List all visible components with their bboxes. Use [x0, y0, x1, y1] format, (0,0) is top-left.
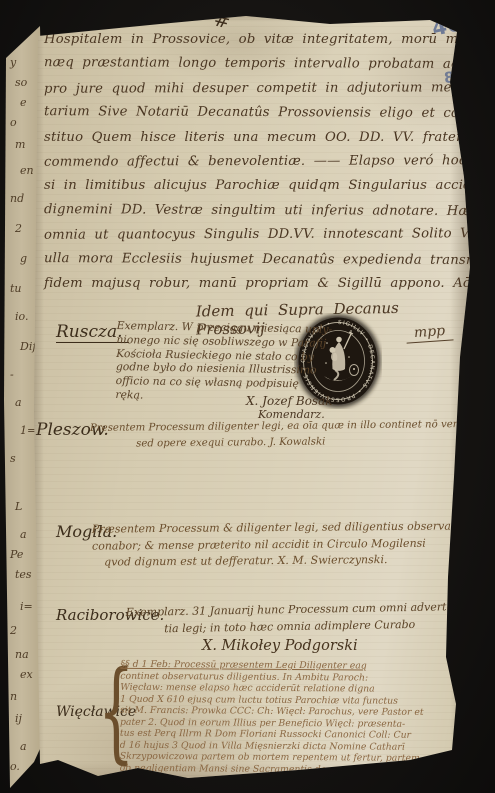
- cutoff-text-fragment: so: [15, 76, 27, 89]
- cutoff-text-fragment: L: [15, 500, 22, 513]
- cutoff-text-fragment: na: [15, 648, 29, 661]
- cutoff-text-fragment: e: [20, 96, 27, 109]
- text-line: omnia ut quantocyus Singulis DD.VV. inno…: [44, 223, 462, 249]
- cutoff-text-fragment: 1=: [20, 424, 36, 437]
- cutoff-text-fragment: s: [10, 452, 16, 465]
- manu-propria-mark: mpp: [405, 322, 453, 343]
- cutoff-text-fragment: io.: [15, 310, 28, 323]
- signature-bosak: X. Jozef Bosak: [246, 394, 333, 408]
- main-paragraph: Hospitalem in Prossovice, ob vitæ integr…: [44, 28, 462, 296]
- photo-backdrop: ysoeomennd2gtuio.Dif-a1=sLaPetesi=2naexn…: [0, 0, 495, 793]
- text-line: ob negligentiam Mansi sine Sacramentis d…: [120, 762, 472, 776]
- cutoff-text-fragment: n: [10, 690, 17, 703]
- text-line: pro jure quod mihi desuper competit in a…: [44, 76, 462, 102]
- text-line: tarium Sive Notariū Decanatûs Prossovien…: [44, 100, 462, 126]
- cutoff-text-fragment: ij: [15, 712, 22, 725]
- cutoff-text-fragment: o.: [10, 760, 20, 773]
- cutoff-text-fragment: a: [20, 740, 27, 753]
- text-line: ulla mora Ecclesiis hujusmet Decanatûs e…: [44, 247, 462, 273]
- cutoff-text-fragment: a: [20, 528, 27, 541]
- manuscript-page: # 46 81 Hospitalem in Prossovice, ob vit…: [30, 12, 476, 787]
- text-line: næq præstantiam longo temporis intervall…: [44, 51, 462, 77]
- text-line: fidem majusq robur, manū propriam & Sigi…: [44, 272, 462, 296]
- cutoff-text-fragment: 2: [15, 222, 22, 235]
- cutoff-text-fragment: 2: [10, 624, 17, 637]
- section-text-wieclawice: §§ d 1 Feb: Processū præsentem Legi Dili…: [120, 659, 473, 776]
- cutoff-text-fragment: m: [15, 138, 25, 151]
- section-text-ruscza: Exemplarz. W przeciągu miesiąca upły-nio…: [115, 319, 341, 406]
- cutoff-text-fragment: g: [20, 252, 27, 265]
- text-line: commendo affectui & benevolentiæ. —— Ela…: [44, 149, 462, 175]
- text-line: qvod dignum est ut defferatur. X. M. Swi…: [92, 551, 468, 571]
- section-text-raciborowice: Exemplarz. 31 Januarij hunc Processum cu…: [126, 599, 463, 638]
- cutoff-text-fragment: Pe: [10, 548, 23, 561]
- text-line: stituo Quem hisce literis una mecum OO. …: [44, 126, 462, 150]
- cutoff-text-fragment: tu: [10, 282, 22, 295]
- cutoff-text-fragment: y: [10, 56, 16, 69]
- section-text-pleszow: Presentem Processum diligenter legi, ea …: [90, 417, 462, 452]
- cutoff-text-fragment: o: [10, 116, 17, 129]
- text-line: sed opere exequi curabo. J. Kowalski: [90, 433, 462, 452]
- text-line: Hospitalem in Prossovice, ob vitæ integr…: [44, 28, 462, 52]
- cutoff-text-fragment: -: [10, 368, 14, 381]
- cutoff-text-fragment: nd: [10, 192, 24, 205]
- text-line: conabor; & mense præterito nil accidit i…: [92, 535, 468, 555]
- cutoff-text-fragment: en: [20, 164, 34, 177]
- section-text-mogila: Præsentem Processum & diligenter legi, s…: [92, 518, 468, 571]
- cutoff-text-fragment: ex: [20, 668, 33, 681]
- cutoff-text-fragment: a: [15, 396, 22, 409]
- signature-podgorski: X. Mikołey Podgorski: [202, 638, 358, 654]
- cutoff-text-fragment: i=: [20, 600, 33, 613]
- text-line: si in limitibus alicujus Parochiæ quidqm…: [44, 174, 462, 198]
- cutoff-text-fragment: Dif: [20, 340, 36, 353]
- cutoff-text-fragment: tes: [15, 568, 32, 581]
- text-line: dignemini DD. Vestræ singultim uti infer…: [44, 198, 462, 224]
